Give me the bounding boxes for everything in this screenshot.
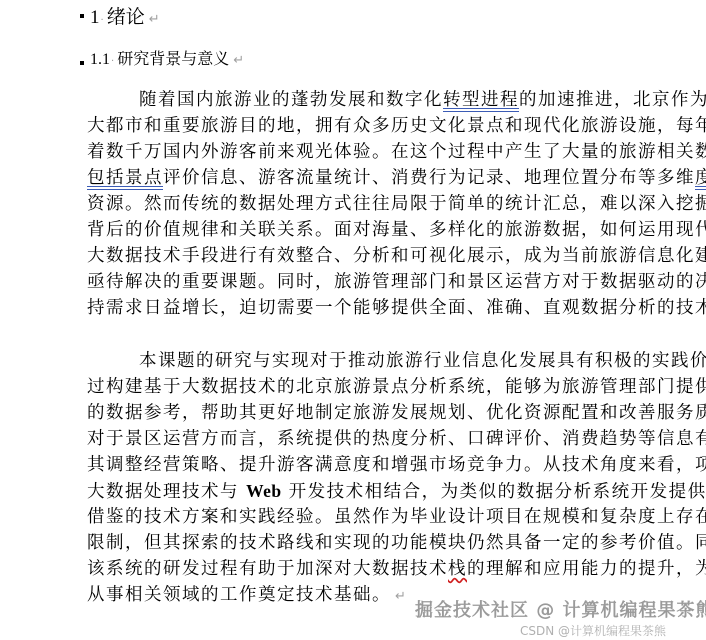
- list-bullet-icon: [80, 14, 84, 18]
- paragraph-mark-icon: ↵: [149, 12, 160, 27]
- text-line: 大都市和重要旅游目的地，拥有众多历史文化景点和现代化旅游设施，每年吸引: [87, 113, 647, 139]
- watermark-csdn: CSDN @计算机编程果茶熊: [520, 622, 666, 639]
- grammar-underline: 包括景点: [87, 168, 163, 188]
- text-line: 大数据处理技术与 Web 开发技术相结合，为类似的数据分析系统开发提供了可: [87, 478, 647, 504]
- text-line: 亟待解决的重要课题。同时，旅游管理部门和景区运营方对于数据驱动的决策支: [87, 269, 647, 295]
- text-line: 背后的价值规律和关联关系。面对海量、多样化的旅游数据，如何运用现代化的: [87, 217, 647, 243]
- space-mark-icon: ·: [101, 15, 104, 26]
- text-line: 其调整经营策略、提升游客满意度和增强市场竞争力。从技术角度来看，项目将: [87, 452, 647, 478]
- text-line: 借鉴的技术方案和实践经验。虽然作为毕业设计项目在规模和复杂度上存在一定: [87, 504, 647, 530]
- spelling-squiggle: 栈: [448, 559, 467, 579]
- heading-2[interactable]: 1.1·研究背景与意义↵: [80, 46, 244, 75]
- space-mark-icon: ·: [111, 56, 114, 67]
- paragraph-significance[interactable]: 本课题的研究与实现对于推动旅游行业信息化发展具有积极的实践价值。通 过构建基于大…: [87, 348, 647, 608]
- text-line: 资源。然而传统的数据处理方式往往局限于简单的统计汇总，难以深入挖掘数据: [87, 191, 647, 217]
- list-bullet-icon: [80, 61, 84, 65]
- text-line: 大数据技术手段进行有效整合、分析和可视化展示，成为当前旅游信息化建设中: [87, 243, 647, 269]
- text-line: 持需求日益增长，迫切需要一个能够提供全面、准确、直观数据分析的技术平台。↵: [87, 295, 647, 321]
- text-line: 随着国内旅游业的蓬勃发展和数字化转型进程的加速推进，北京作为国际化: [87, 87, 647, 113]
- text-line: 本课题的研究与实现对于推动旅游行业信息化发展具有积极的实践价值。通: [87, 348, 647, 374]
- heading-1-title: 绪论: [107, 6, 145, 28]
- grammar-underline: 度数据: [695, 168, 706, 188]
- text-line: 限制，但其探索的技术路线和实现的功能模块仍然具备一定的参考价值。同时，: [87, 530, 647, 556]
- paragraph-background[interactable]: 随着国内旅游业的蓬勃发展和数字化转型进程的加速推进，北京作为国际化 大都市和重要…: [87, 87, 647, 321]
- text-line: 过构建基于大数据技术的北京旅游景点分析系统，能够为旅游管理部门提供科学: [87, 374, 647, 400]
- grammar-underline: 转型进程: [443, 90, 519, 110]
- text-line: 该系统的研发过程有助于加深对大数据技术栈的理解和应用能力的提升，为后续: [87, 556, 647, 582]
- paragraph-mark-icon: ↵: [395, 589, 407, 604]
- heading-1-number: 1: [90, 7, 100, 28]
- text-line: 对于景区运营方而言，系统提供的热度分析、口碑评价、消费趋势等信息有助于: [87, 426, 647, 452]
- heading-2-title: 研究背景与意义: [117, 49, 229, 68]
- text-line: 着数千万国内外游客前来观光体验。在这个过程中产生了大量的旅游相关数据，: [87, 139, 647, 165]
- paragraph-mark-icon: ↵: [233, 53, 244, 68]
- text-line: 的数据参考，帮助其更好地制定旅游发展规划、优化资源配置和改善服务质量。: [87, 400, 647, 426]
- document-page: 1·绪论↵ 1.1·研究背景与意义↵ 随着国内旅游业的蓬勃发展和数字化转型进程的…: [0, 0, 706, 640]
- text-line: 包括景点评价信息、游客流量统计、消费行为记录、地理位置分布等多维度数据: [87, 165, 647, 191]
- heading-1[interactable]: 1·绪论↵: [80, 4, 160, 34]
- watermark-juejin: 掘金技术社区 @ 计算机编程果茶熊: [415, 596, 706, 622]
- heading-2-number: 1.1: [90, 51, 110, 68]
